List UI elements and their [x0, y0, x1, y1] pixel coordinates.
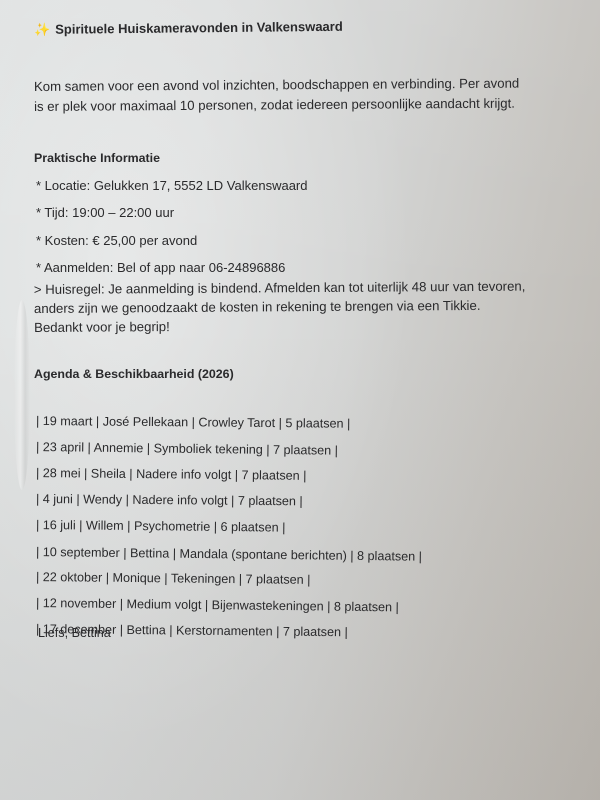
info-time: * Tijd: 19:00 – 22:00 uur: [36, 205, 174, 220]
info-cost: * Kosten: € 25,00 per avond: [36, 233, 197, 248]
agenda-heading: Agenda & Beschikbaarheid (2026): [34, 367, 234, 381]
agenda-row: | 28 mei | Sheila | Nadere info volgt | …: [36, 466, 307, 483]
agenda-row: | 16 juli | Willem | Psychometrie | 6 pl…: [36, 518, 286, 535]
paper-shading: [0, 0, 600, 800]
agenda-row: | 10 september | Bettina | Mandala (spon…: [36, 545, 422, 564]
agenda-row: | 12 november | Medium volgt | Bijenwast…: [36, 596, 399, 614]
signoff: Liefs, Bettina: [38, 626, 111, 640]
title-text: Spirituele Huiskameravonden in Valkenswa…: [55, 19, 343, 37]
house-rule: > Huisregel: Je aanmelding is bindend. A…: [34, 276, 554, 337]
agenda-row: | 4 juni | Wendy | Nadere info volgt | 7…: [36, 492, 303, 508]
document-title: ✨ Spirituele Huiskameravonden in Valkens…: [34, 19, 343, 37]
info-registration: * Aanmelden: Bel of app naar 06-24896886: [36, 260, 285, 275]
house-rule-line: anders zijn we genoodzaakt de kosten in …: [34, 295, 554, 318]
info-location: * Locatie: Gelukken 17, 5552 LD Valkensw…: [36, 178, 307, 193]
agenda-row: | 23 april | Annemie | Symboliek tekenin…: [36, 440, 338, 458]
intro-line: is er plek voor maximaal 10 personen, zo…: [34, 93, 554, 117]
sparkles-icon: ✨: [34, 23, 50, 36]
house-rule-line: Bedankt voor je begrip!: [34, 314, 554, 337]
agenda-row: | 19 maart | José Pellekaan | Crowley Ta…: [36, 414, 350, 431]
paper-crease: [14, 300, 30, 490]
agenda-row: | 22 oktober | Monique | Tekeningen | 7 …: [36, 570, 311, 587]
intro-paragraph: Kom samen voor een avond vol inzichten, …: [34, 73, 554, 117]
practical-info-heading: Praktische Informatie: [34, 151, 160, 165]
